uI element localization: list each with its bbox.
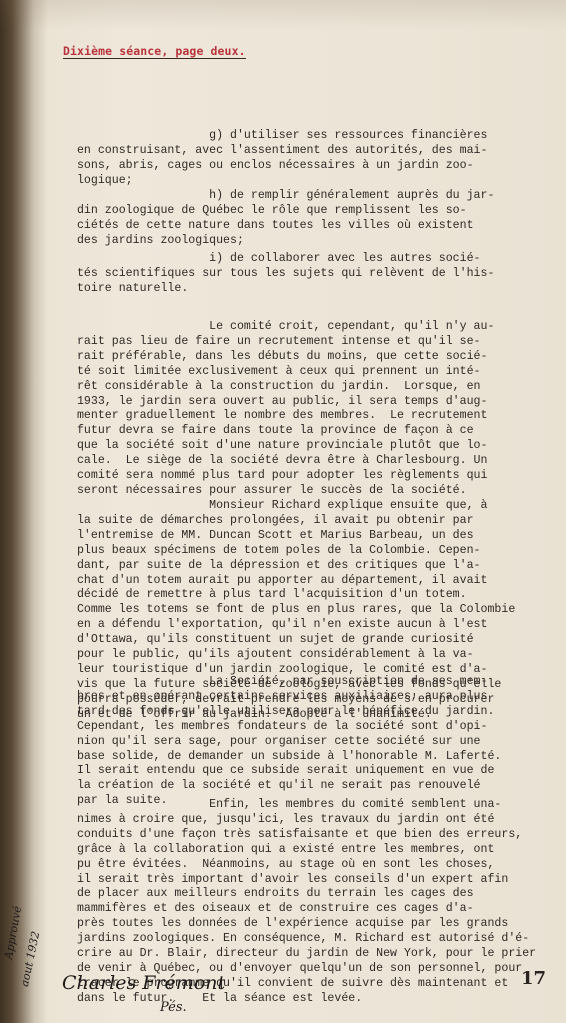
signature-title: Pés. [160,1000,187,1015]
paragraph-subside: La Société, par souscription de ses mem-… [70,675,550,809]
heading-text: Dixième séance, page deux. [63,44,246,59]
approval-note: Approuvé [2,905,24,960]
approval-date: aout 1932 [18,930,42,988]
page-number: 17 [521,968,546,989]
paragraph-i: i) de collaborer avec les autres socié- … [70,252,550,297]
document-page: Dixième séance, page deux. g) d'utiliser… [0,0,566,1023]
paragraph-comite-recrutement: Le comité croit, cependant, qu'il n'y au… [70,320,550,499]
paragraph-g: g) d'utiliser ses ressources financières… [70,129,550,189]
page-heading: Dixième séance, page deux. [63,44,246,58]
signature: Charles Frémont [62,972,225,994]
paragraph-h: h) de remplir généralement auprès du jar… [70,189,550,249]
